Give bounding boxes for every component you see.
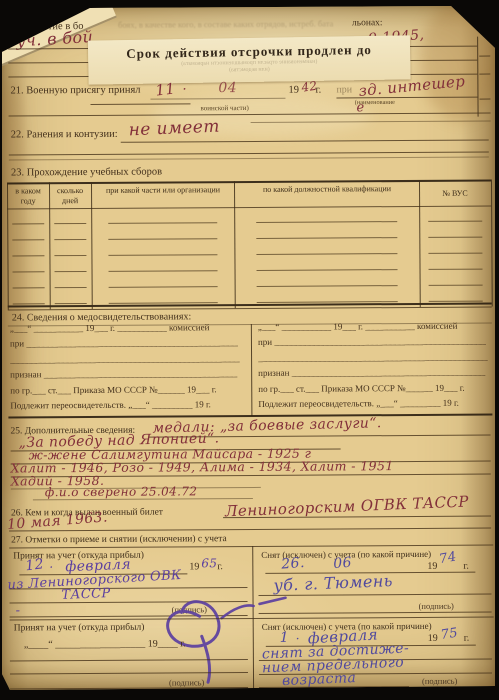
rule-line [91, 103, 191, 105]
signature-caption-3: (подпись) [169, 677, 204, 687]
rule-line [259, 612, 492, 614]
removed-year-2: 75 [440, 626, 459, 643]
paper-sheet: 20. Участие в бо боях, в качестве кого, … [2, 6, 495, 690]
accepted-from-2: ТАССР [61, 586, 111, 603]
oath-pri-label: при [336, 84, 352, 95]
med-line: ________________________________________… [258, 349, 491, 366]
rule-line [33, 498, 253, 500]
oath-dot: · [182, 82, 187, 97]
signature-caption-2: (подпись) [419, 601, 454, 611]
page-bottom-border [10, 690, 494, 695]
rule-line [9, 157, 489, 161]
column-divider [477, 37, 478, 117]
field-21-label: 21. Военную присягу принял [10, 85, 140, 97]
rule-line [9, 152, 489, 156]
oath-year-suffix: г. [315, 85, 321, 96]
rule-line [8, 62, 88, 63]
medical-exam-left: „___“ ___________ 19___ г. ___________ к… [10, 320, 250, 414]
field-25-hw-6: ф.и.о сверено 25.04.72 [45, 484, 198, 499]
field-22-label: 22. Ранения и контузии: [11, 129, 118, 141]
accepted-year-suffix-1: г. [217, 561, 223, 572]
rule-line [479, 99, 490, 100]
grid-top-border [9, 545, 493, 549]
field-23-title: 23. Прохождение учебных сборов [11, 167, 162, 179]
rule-line [9, 528, 491, 532]
rule-line [479, 56, 490, 57]
accepted-dot-1: · [49, 560, 53, 574]
field-20-ghost-text: боях, в качестве кого, в составе каких о… [118, 18, 333, 29]
rule-line [251, 121, 491, 123]
rule-line [479, 74, 490, 75]
med-line: по гр.___ ст.___ Приказа МО СССР №______… [258, 380, 491, 397]
oath-month: 04 [218, 80, 237, 96]
medical-exam-right: „___“ ___________ 19___ г. ___________ к… [258, 319, 492, 413]
removed-year-printed-1: 19 [427, 561, 437, 572]
removed-month-1: 06 [333, 555, 353, 572]
field-27-title: 27. Отметки о приеме и снятии (исключени… [11, 534, 227, 545]
unit-caption-2: воинской части) [201, 104, 249, 112]
oath-day: 11 [154, 79, 176, 99]
med-line: „___“ ___________ 19___ г. ___________ к… [258, 319, 491, 336]
rule-line [259, 686, 409, 688]
rule-line [410, 60, 477, 61]
removed-year-suffix-1: г. [463, 561, 469, 572]
med-line: Подлежит переосвидетельств. „___“ ______… [10, 397, 249, 414]
table-header-year: в каком году [9, 186, 47, 205]
page-content: 20. Участие в бо боях, в качестве кого, … [0, 5, 497, 692]
field-20-handwriting: уч. в бой [16, 27, 94, 50]
med-line: при ____________________________________… [10, 335, 249, 352]
med-line: при ____________________________________… [258, 334, 491, 351]
medical-column-divider [251, 324, 253, 416]
med-line: признан ________________________________… [10, 366, 249, 383]
med-line: признан ________________________________… [258, 365, 491, 382]
scanned-military-record-card: 20. Участие в бо боях, в качестве кого, … [0, 0, 499, 700]
rule-line [8, 48, 88, 49]
rule-line [9, 113, 491, 117]
accepted-day-1: 12 [24, 556, 44, 574]
accepted-blank-date: „____“ __________________ 19____ г. [24, 638, 186, 650]
deferral-strip: Срок действия отсрочки продлен до (наиме… [88, 35, 411, 84]
removed-reason-1: уб. г. Тюмень [273, 571, 393, 595]
field-22-handwriting: не имеет [128, 117, 220, 141]
table-row [8, 288, 492, 307]
removed-dot-2: · [296, 632, 300, 646]
rule-line [121, 140, 489, 143]
med-line: Подлежит переосвидетельств. „___“ ______… [258, 396, 491, 413]
rule-line [150, 98, 285, 100]
removed-year-printed-2: 19 [428, 633, 438, 644]
signature-caption-4: (подпись) [422, 676, 457, 686]
table-header-unit: при какой части или организации [97, 185, 229, 195]
field-20-label-suffix: льонах: [352, 18, 383, 28]
rule-line [259, 594, 492, 596]
accepted-year-printed-1: 19 [189, 561, 199, 572]
removed-year-1: 74 [438, 549, 458, 567]
removed-year-suffix-2: г. [464, 633, 470, 644]
accepted-label-2: Принят на учет (откуда прибыл) [14, 623, 145, 634]
removed-day-1: 26. [281, 555, 306, 573]
med-line: ________________________________________… [10, 351, 249, 368]
med-line: по гр.___ ст.___ Приказа МО СССР №______… [10, 382, 249, 399]
table-header-vus: № ВУС [421, 189, 489, 199]
removed-day-2: 1 [280, 630, 289, 646]
med-line: „___“ ___________ 19___ г. ___________ к… [10, 320, 249, 337]
oath-year-printed: 19 [288, 85, 299, 96]
table-header-days: сколько дней [51, 186, 89, 205]
accepted-year-1: 65 [201, 556, 217, 570]
table-bottom-border2 [8, 307, 492, 311]
table-header-qualification: по какой должностной квалификации [249, 184, 405, 194]
rule-line [10, 687, 248, 689]
